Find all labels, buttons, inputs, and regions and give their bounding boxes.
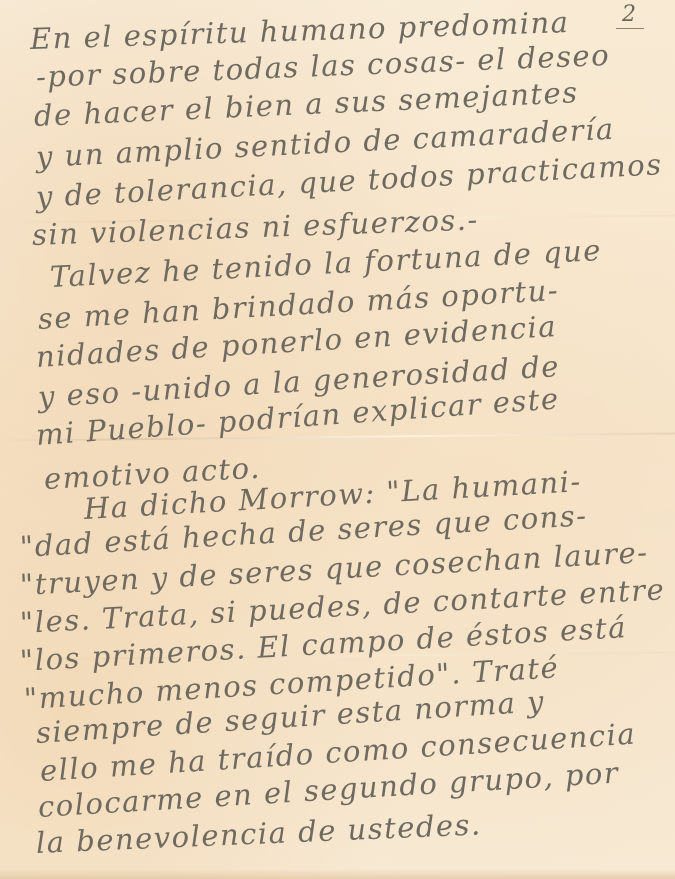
paper-edge bbox=[0, 869, 675, 879]
page-number: 2 bbox=[616, 2, 644, 29]
letter-page: 2 En el espíritu humano predomina -por s… bbox=[0, 0, 675, 879]
